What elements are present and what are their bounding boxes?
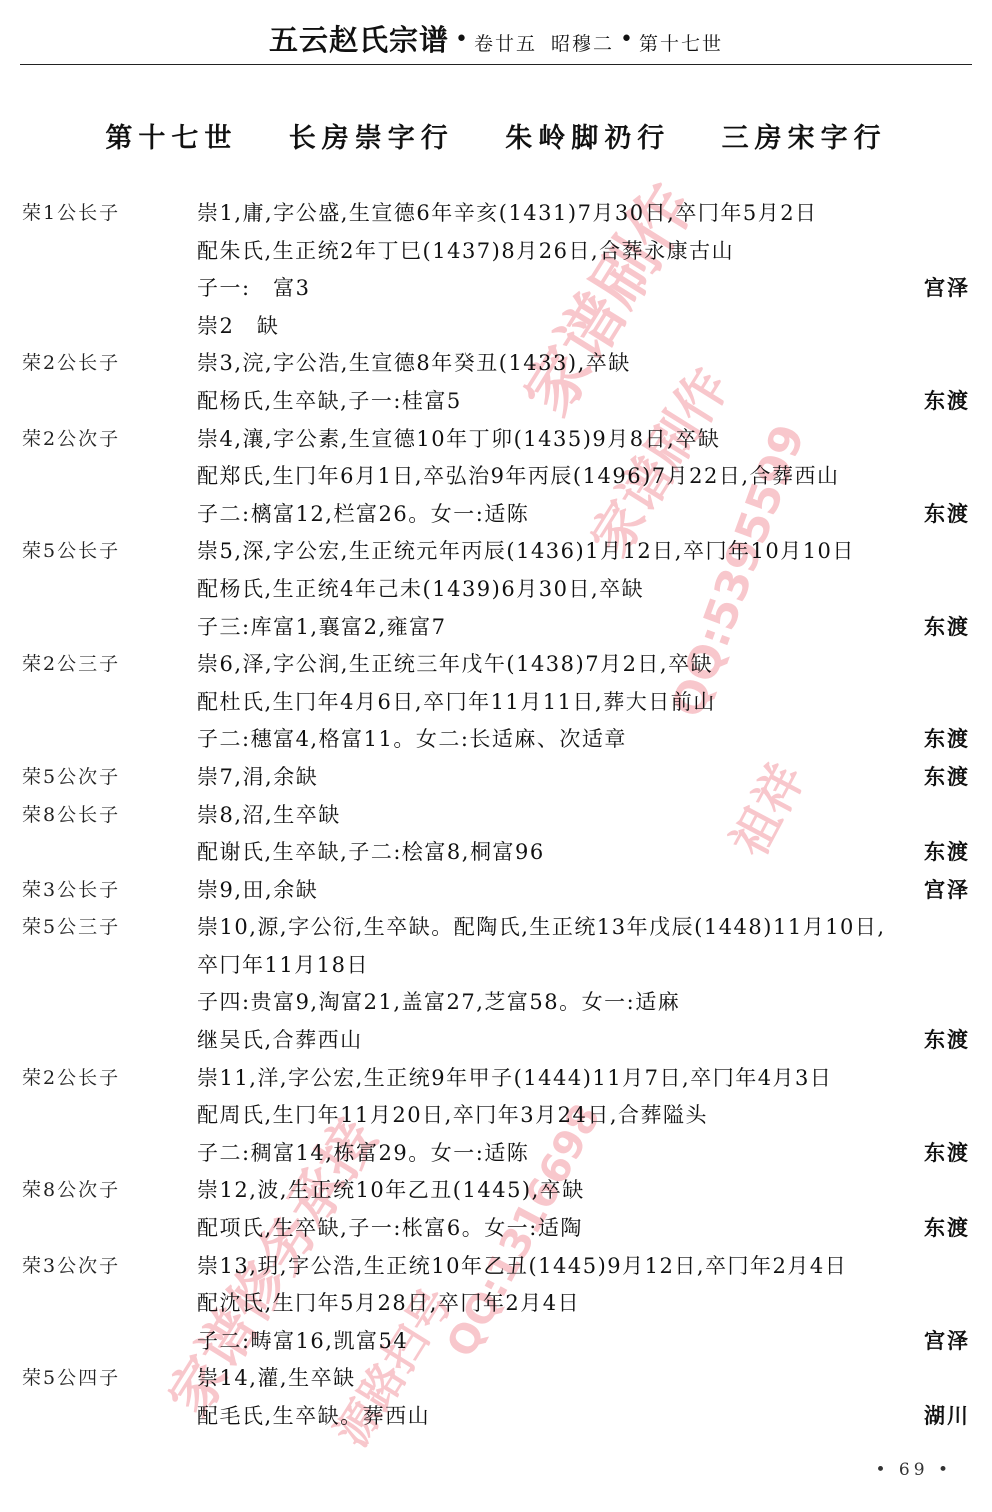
entry-line: 配沈氏,生冂年5月28日,卒冂年2月4日 — [0, 1285, 992, 1323]
entry-line: 配杨氏,生卒缺,子一:桂富5东渡 — [0, 383, 992, 421]
genealogy-entries: 荣1公长子崇1,庸,字公盛,生宣德6年辛亥(1431)7月30日,卒冂年5月2日… — [0, 195, 992, 1436]
entry-text: 子四:贵富9,淘富21,盖富27,芝富58。女一:适麻 — [197, 984, 680, 1022]
section-title-branch-1: 长房崇字行 — [289, 123, 454, 154]
entry-text: 崇2 缺 — [197, 308, 279, 346]
entry-line: 配杜氏,生冂年4月6日,卒冂年11月11日,葬大日前山 — [0, 684, 992, 722]
running-header: 五云赵氏宗谱•卷廿五昭穆二•第十七世 — [20, 18, 972, 65]
entry-text: 配郑氏,生冂年6月1日,卒弘治9年丙辰(1496)7月22日,合葬西山 — [197, 458, 840, 496]
section-label: 昭穆二 — [551, 33, 614, 55]
place-label: 东渡 — [924, 383, 970, 421]
section-title-branch-3: 三房宋字行 — [722, 123, 887, 154]
entry-text: 配杜氏,生冂年4月6日,卒冂年11月11日,葬大日前山 — [197, 684, 716, 722]
entry-text: 子二:穗富4,格富11。女二:长适麻、次适章 — [197, 721, 627, 759]
entry-text: 崇12,波,生正统10年乙丑(1445),卒缺 — [197, 1172, 585, 1210]
entry-text: 崇14,灌,生卒缺 — [197, 1360, 356, 1398]
entry-line: 荣8公长子崇8,沼,生卒缺 — [0, 797, 992, 835]
entry-line: 荣5公三子崇10,源,字公衍,生卒缺。配陶氏,生正统13年戊辰(1448)11月… — [0, 909, 992, 947]
entry-line: 配项氏,生卒缺,子一:枨富6。女一:适陶东渡 — [0, 1210, 992, 1248]
section-title: 第十七世 长房崇字行 朱岭脚礽行 三房宋字行 — [0, 116, 992, 155]
place-label: 东渡 — [924, 1210, 970, 1248]
place-label: 东渡 — [924, 609, 970, 647]
parent-label: 荣5公长子 — [22, 533, 120, 571]
entry-line: 荣3公次子崇13,玥,字公浩,生正统10年乙丑(1445)9月12日,卒冂年2月… — [0, 1248, 992, 1286]
entry-line: 继吴氏,合葬西山东渡 — [0, 1022, 992, 1060]
entry-line: 配周氏,生冂年11月20日,卒冂年3月24日,合葬隘头 — [0, 1097, 992, 1135]
entry-text: 子三:库富1,襄富2,雍富7 — [197, 609, 447, 647]
entry-text: 崇9,田,余缺 — [197, 872, 318, 910]
entry-text: 配杨氏,生正统4年己未(1439)6月30日,卒缺 — [197, 571, 644, 609]
entry-text: 崇3,浣,字公浩,生宣德8年癸丑(1433),卒缺 — [197, 345, 631, 383]
entry-text: 子二:畴富16,凯富54 — [197, 1323, 408, 1361]
entry-line: 配朱氏,生正统2年丁巳(1437)8月26日,合葬永康古山 — [0, 233, 992, 271]
entry-text: 配杨氏,生卒缺,子一:桂富5 — [197, 383, 462, 421]
header-separator: • — [455, 27, 468, 52]
place-label: 东渡 — [924, 496, 970, 534]
entry-text: 子二:樆富12,栏富26。女一:适陈 — [197, 496, 529, 534]
page-number: • 69 • — [876, 1460, 953, 1480]
entry-line: 荣3公长子崇9,田,余缺宫泽 — [0, 872, 992, 910]
parent-label: 荣5公四子 — [22, 1360, 120, 1398]
entry-line: 子二:稠富14,栋富29。女一:适陈东渡 — [0, 1135, 992, 1173]
parent-label: 荣3公次子 — [22, 1248, 120, 1286]
entry-text: 崇1,庸,字公盛,生宣德6年辛亥(1431)7月30日,卒冂年5月2日 — [197, 195, 818, 233]
parent-label: 荣2公长子 — [22, 345, 120, 383]
entry-line: 荣2公次子崇4,瀼,字公素,生宣德10年丁卯(1435)9月8日,卒缺 — [0, 421, 992, 459]
place-label: 东渡 — [924, 1135, 970, 1173]
section-title-branch-2: 朱岭脚礽行 — [505, 123, 670, 154]
entry-text: 配周氏,生冂年11月20日,卒冂年3月24日,合葬隘头 — [197, 1097, 708, 1135]
entry-text: 子一: 富3 — [197, 270, 310, 308]
entry-line: 荣5公四子崇14,灌,生卒缺 — [0, 1360, 992, 1398]
parent-label: 荣5公三子 — [22, 909, 120, 947]
parent-label: 荣8公长子 — [22, 797, 120, 835]
parent-label: 荣2公三子 — [22, 646, 120, 684]
entry-line: 子二:樆富12,栏富26。女一:适陈东渡 — [0, 496, 992, 534]
entry-line: 子二:畴富16,凯富54宫泽 — [0, 1323, 992, 1361]
place-label: 东渡 — [924, 759, 970, 797]
entry-line: 子三:库富1,襄富2,雍富7东渡 — [0, 609, 992, 647]
entry-text: 崇5,深,字公宏,生正统元年丙辰(1436)1月12日,卒冂年10月10日 — [197, 533, 855, 571]
entry-line: 荣8公次子崇12,波,生正统10年乙丑(1445),卒缺 — [0, 1172, 992, 1210]
entry-line: 子一: 富3宫泽 — [0, 270, 992, 308]
volume-label: 卷廿五 — [474, 33, 537, 55]
entry-line: 子二:穗富4,格富11。女二:长适麻、次适章东渡 — [0, 721, 992, 759]
entry-text: 配项氏,生卒缺,子一:枨富6。女一:适陶 — [197, 1210, 583, 1248]
entry-line: 荣2公长子崇3,浣,字公浩,生宣德8年癸丑(1433),卒缺 — [0, 345, 992, 383]
entry-line: 配杨氏,生正统4年己未(1439)6月30日,卒缺 — [0, 571, 992, 609]
entry-line: 配毛氏,生卒缺。葬西山湖川 — [0, 1398, 992, 1436]
entry-text: 配朱氏,生正统2年丁巳(1437)8月26日,合葬永康古山 — [197, 233, 734, 271]
entry-line: 配谢氏,生卒缺,子二:桧富8,桐富96东渡 — [0, 834, 992, 872]
place-label: 宫泽 — [924, 872, 970, 910]
parent-label: 荣2公长子 — [22, 1060, 120, 1098]
entry-line: 荣5公次子崇7,涓,余缺东渡 — [0, 759, 992, 797]
place-label: 宫泽 — [924, 1323, 970, 1361]
entry-line: 荣2公长子崇11,洋,字公宏,生正统9年甲子(1444)11月7日,卒冂年4月3… — [0, 1060, 992, 1098]
entry-text: 崇11,洋,字公宏,生正统9年甲子(1444)11月7日,卒冂年4月3日 — [197, 1060, 832, 1098]
entry-text: 卒冂年11月18日 — [197, 947, 369, 985]
entry-line: 配郑氏,生冂年6月1日,卒弘治9年丙辰(1496)7月22日,合葬西山 — [0, 458, 992, 496]
parent-label: 荣8公次子 — [22, 1172, 120, 1210]
entry-text: 崇10,源,字公衍,生卒缺。配陶氏,生正统13年戊辰(1448)11月10日, — [197, 909, 886, 947]
section-title-generation: 第十七世 — [105, 123, 237, 154]
parent-label: 荣2公次子 — [22, 421, 120, 459]
entry-text: 配沈氏,生冂年5月28日,卒冂年2月4日 — [197, 1285, 580, 1323]
entry-line: 荣1公长子崇1,庸,字公盛,生宣德6年辛亥(1431)7月30日,卒冂年5月2日 — [0, 195, 992, 233]
entry-line: 荣5公长子崇5,深,字公宏,生正统元年丙辰(1436)1月12日,卒冂年10月1… — [0, 533, 992, 571]
parent-label: 荣5公次子 — [22, 759, 120, 797]
place-label: 湖川 — [924, 1398, 970, 1436]
entry-text: 继吴氏,合葬西山 — [197, 1022, 363, 1060]
entry-text: 配毛氏,生卒缺。葬西山 — [197, 1398, 430, 1436]
place-label: 宫泽 — [924, 270, 970, 308]
generation-label: 第十七世 — [639, 33, 723, 55]
entry-text: 崇6,泽,字公润,生正统三年戊午(1438)7月2日,卒缺 — [197, 646, 713, 684]
entry-line: 子四:贵富9,淘富21,盖富27,芝富58。女一:适麻 — [0, 984, 992, 1022]
entry-text: 配谢氏,生卒缺,子二:桧富8,桐富96 — [197, 834, 545, 872]
entry-text: 崇7,涓,余缺 — [197, 759, 318, 797]
parent-label: 荣1公长子 — [22, 195, 120, 233]
entry-text: 崇13,玥,字公浩,生正统10年乙丑(1445)9月12日,卒冂年2月4日 — [197, 1248, 847, 1286]
place-label: 东渡 — [924, 1022, 970, 1060]
entry-line: 荣2公三子崇6,泽,字公润,生正统三年戊午(1438)7月2日,卒缺 — [0, 646, 992, 684]
entry-text: 崇8,沼,生卒缺 — [197, 797, 341, 835]
place-label: 东渡 — [924, 721, 970, 759]
place-label: 东渡 — [924, 834, 970, 872]
entry-line: 卒冂年11月18日 — [0, 947, 992, 985]
parent-label: 荣3公长子 — [22, 872, 120, 910]
book-title: 五云赵氏宗谱 — [269, 23, 449, 57]
entry-text: 子二:稠富14,栋富29。女一:适陈 — [197, 1135, 529, 1173]
header-separator-2: • — [620, 27, 633, 52]
entry-text: 崇4,瀼,字公素,生宣德10年丁卯(1435)9月8日,卒缺 — [197, 421, 720, 459]
entry-line: 崇2 缺 — [0, 308, 992, 346]
